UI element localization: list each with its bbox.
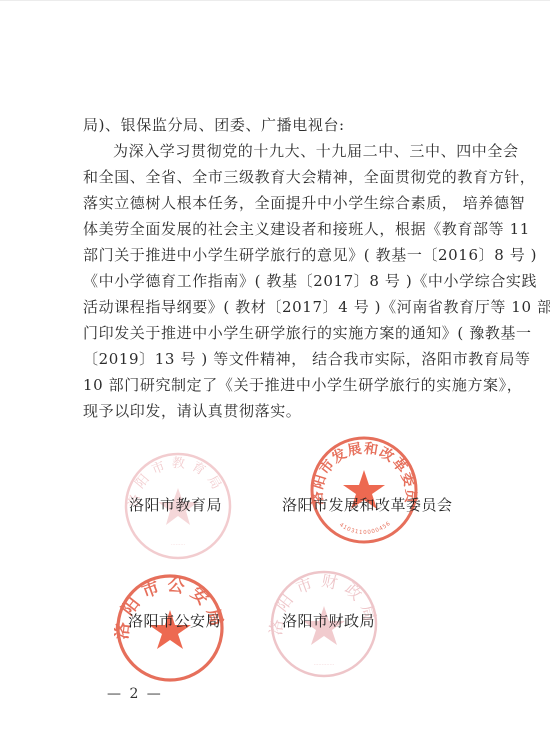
text-line: 活动课程指导纲要》( 教材〔2017〕4 号 )《河南省教育厅等 10 部 — [83, 294, 481, 320]
signatory-public-security: 洛阳市公安局 — [128, 610, 221, 631]
text-line: 为深入学习贯彻党的十九大、十九届二中、三中、四中全会 — [83, 138, 481, 164]
svg-text:4103110000456: 4103110000456 — [338, 521, 392, 537]
document-body: 局)、银保监分局、团委、广播电视台: 为深入学习贯彻党的十九大、十九届二中、三中… — [83, 112, 481, 424]
seal-stamp-icon: 洛阳市发展和改革委员会 4103110000456 — [308, 434, 420, 546]
text-line: 局)、银保监分局、团委、广播电视台: — [83, 112, 481, 138]
text-line: 和全国、全省、全市三级教育大会精神，全面贯彻党的教育方针， — [83, 164, 481, 190]
signatory-finance-bureau: 洛阳市财政局 — [282, 610, 375, 631]
text-line: 《中小学德育工作指南》( 教基〔2017〕8 号 )《中小学综合实践 — [83, 268, 481, 294]
text-line: 〔2019〕13 号 ) 等文件精神， 结合我市实际，洛阳市教育局等 — [83, 346, 481, 372]
text-line: 体美劳全面发展的社会主义建设者和接班人，根据《教育部等 11 — [83, 216, 481, 242]
signatory-education-bureau: 洛阳市教育局 — [129, 494, 222, 515]
text-line: 部门关于推进中小学生研学旅行的意见》( 教基一〔2016〕8 号 ) — [83, 242, 481, 268]
text-line: 落实立德树人根本任务，全面提升中小学生综合素质， 培养德智 — [83, 190, 481, 216]
text-line: 门印发关于推进中小学生研学旅行的实施方案的通知》( 豫教基一 — [83, 320, 481, 346]
page-top-edge — [0, 0, 550, 1]
svg-text:·········: ········· — [171, 542, 186, 548]
page-number: — 2 — — [107, 686, 163, 702]
text-line: 现予以印发，请认真贯彻落实。 — [83, 398, 481, 424]
text-line: 10 部门研究制定了《关于推进中小学生研学旅行的实施方案》， — [83, 372, 481, 398]
ndrc-seal: 洛阳市发展和改革委员会 4103110000456 — [308, 434, 420, 546]
svg-text:·············: ············· — [314, 662, 335, 668]
signatory-ndrc: 洛阳市发展和改革委员会 — [282, 494, 453, 515]
